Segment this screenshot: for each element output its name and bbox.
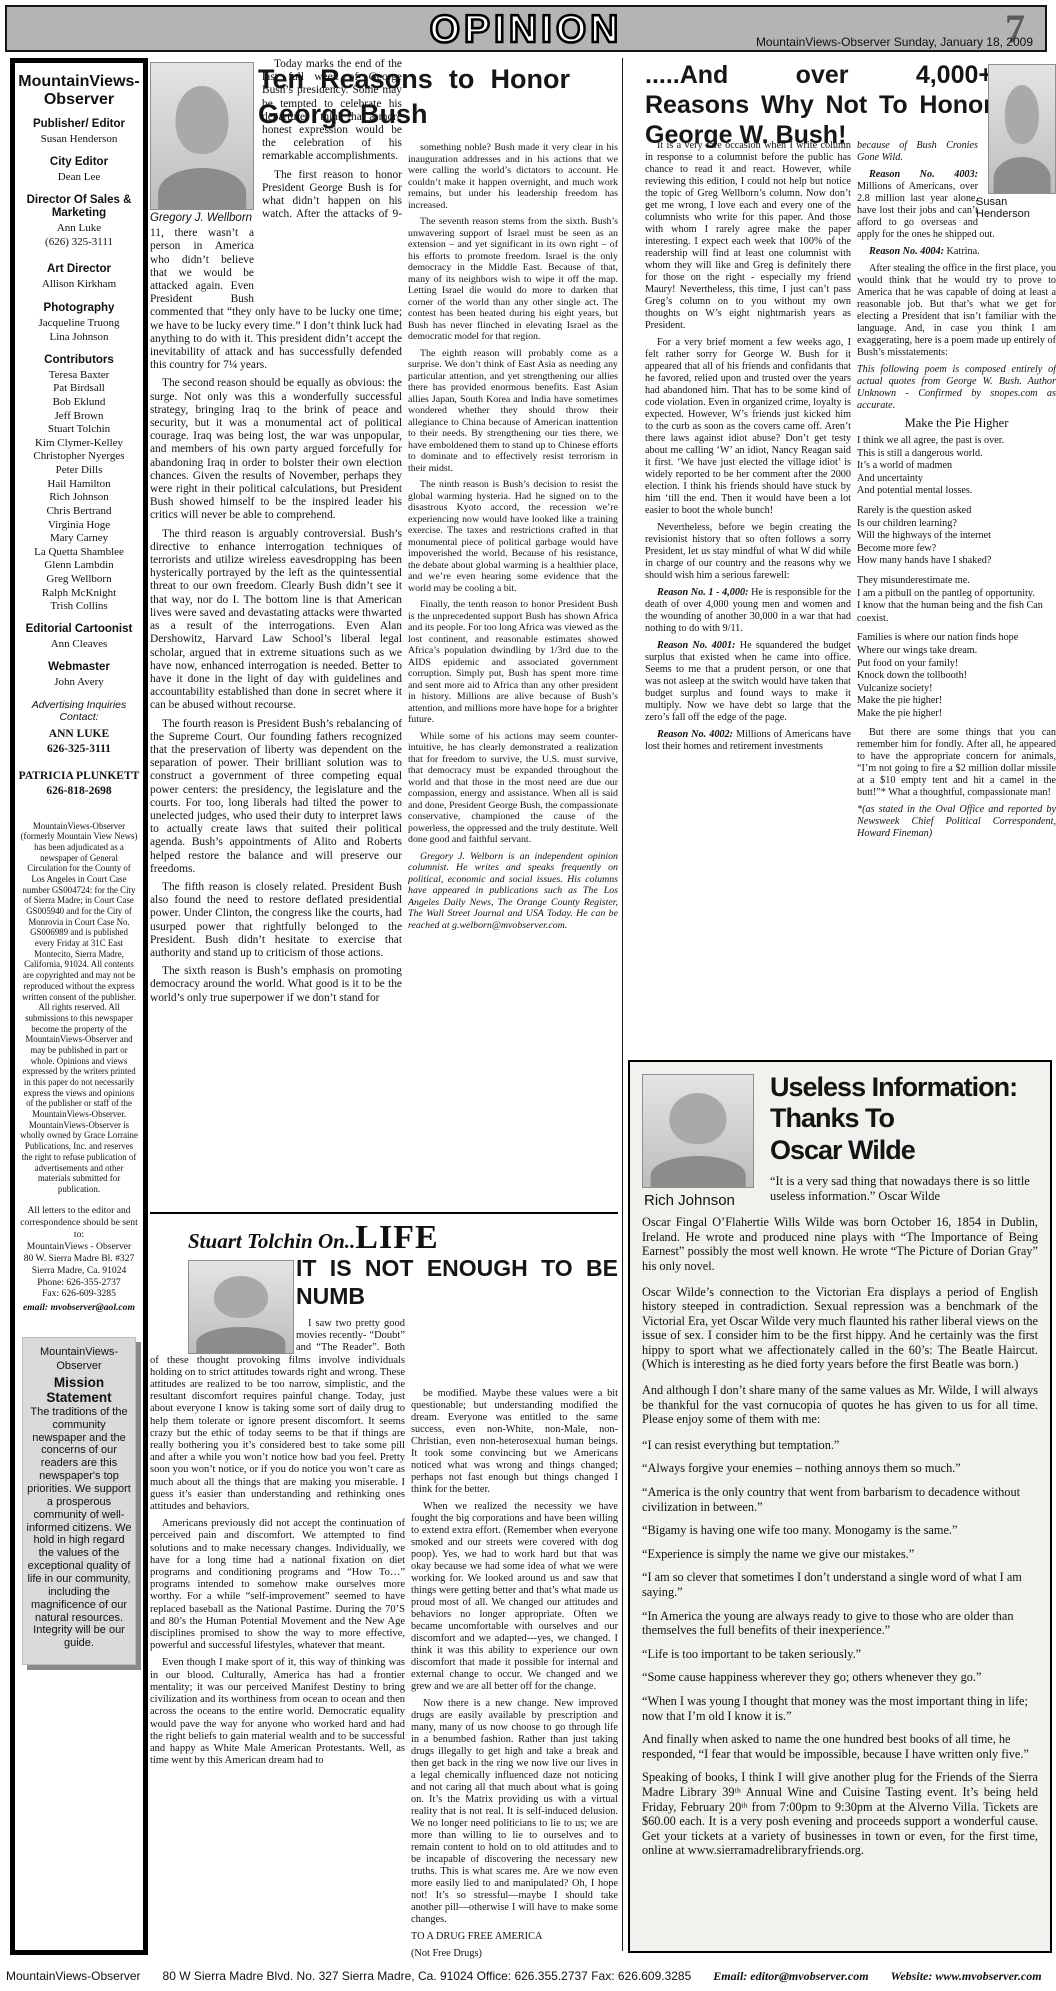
4000-reasons-headline: .....And over 4,000+Reasons Why Not To H…	[645, 60, 993, 150]
poem-line: I know that the human being and the fish…	[857, 600, 1056, 625]
poem-line: Will the highways of the internet	[857, 530, 1056, 543]
contributor-name: Trish Collins	[18, 600, 140, 614]
contributor-name: La Quetta Shamblee	[18, 546, 140, 560]
gregory-wellborn-photo	[150, 62, 254, 210]
staff-name: Ann Cleaves	[18, 638, 140, 652]
contributor-name: Rich Johnson	[18, 491, 140, 505]
poem-line: I am a pitbull on the pantleg of opportu…	[857, 588, 1056, 601]
article-paragraph: The sixth reason is Bush’s emphasis on p…	[150, 965, 402, 1005]
contributor-name: Greg Wellborn	[18, 573, 140, 587]
poem-line: Put food on your family!	[857, 658, 1056, 671]
mission-statement-box: MountainViews-Observer Mission Statement…	[22, 1337, 136, 1665]
staff-name: Susan Henderson	[18, 133, 140, 147]
wellborn-photo-block: Gregory J. Wellborn	[150, 62, 256, 225]
article-paragraph: The ninth reason is Bush’s decision to r…	[408, 479, 618, 594]
bush-quotes-poem: I think we all agree, the past is over.T…	[857, 435, 1056, 720]
article-paragraph: Now there is a new change. New improved …	[411, 1698, 618, 1926]
sidebar-section-publisher: Publisher/ Editor Susan Henderson	[18, 118, 140, 147]
staff-name: Lina Johnson	[18, 331, 140, 345]
wilde-quote: And finally when asked to name the one h…	[642, 1732, 1038, 1761]
article-paragraph: But there are some things that you can r…	[857, 727, 1056, 799]
staff-name: Ann Luke	[18, 222, 140, 236]
headline-line: .....And over 4,000+	[645, 60, 993, 90]
article-paragraph: Even though I make sport of it, this way…	[150, 1657, 405, 1767]
poem-line: Is our children learning?	[857, 518, 1056, 531]
column-divider-rule	[622, 58, 623, 1951]
poem-line	[857, 625, 1056, 632]
poem-line: This is still a dangerous world.	[857, 448, 1056, 461]
article-paragraph: The eighth reason will probably come as …	[408, 348, 618, 475]
article-paragraph: For a very brief moment a few weeks ago,…	[645, 337, 851, 517]
staff-sidebar: MountainViews-Observer Publisher/ Editor…	[10, 58, 148, 1955]
newspaper-opinion-page: OPINION 7 MountainViews-Observer Sunday,…	[0, 0, 1056, 1991]
contributor-name: Jeff Brown	[18, 410, 140, 424]
4000-reasons-column-right: because of Bush Cronies Gone Wild.Reason…	[857, 140, 1056, 1060]
wilde-quote: “America is the only country that went f…	[642, 1485, 1038, 1514]
wilde-quote: “Experience is simply the name we give o…	[642, 1547, 1038, 1562]
contributor-name: Stuart Tolchin	[18, 423, 140, 437]
section-heading: Editorial Cartoonist	[18, 623, 140, 636]
article-paragraph: Gregory J. Welborn is an independent opi…	[408, 851, 618, 932]
article-ten-reasons: Ten Reasons to HonorGeorge Bush Gregory …	[150, 58, 618, 1210]
poem-line: And potential mental losses.	[857, 485, 1056, 498]
kicker-author: Stuart Tolchin On..	[188, 1229, 355, 1253]
wilde-closing: Speaking of books, I think I will give a…	[642, 1770, 1038, 1858]
poem-line: Knock down the tollbooth!	[857, 670, 1056, 683]
4000-reasons-column-left: It is a very rare occasion when I write …	[645, 140, 851, 1060]
staff-name: Dean Lee	[18, 171, 140, 185]
section-heading: Publisher/ Editor	[18, 118, 140, 131]
staff-name: Allison Kirkham	[18, 278, 140, 292]
headline-line: Reasons Why Not To Honor	[645, 90, 993, 120]
wilde-quote: “In America the young are always ready t…	[642, 1609, 1038, 1638]
contributor-name: Kim Clymer-Kelley	[18, 437, 140, 451]
wilde-quotes-list: “I can resist everything but temptation.…	[642, 1438, 1038, 1762]
tolchin-column-right: be modified. Maybe these values were a b…	[411, 1258, 618, 1959]
article-paragraph: Reason No. 4001: He squandered the budge…	[645, 640, 851, 724]
article-tolchin-life: Stuart Tolchin On..LIFE IT IS NOT ENOUGH…	[150, 1212, 618, 1959]
headline-wrap-spacer	[296, 1258, 405, 1318]
poem-line: How many hands have I shaked?	[857, 555, 1056, 568]
sidebar-section-contributors: Contributors Teresa BaxterPat BirdsallBo…	[18, 354, 140, 614]
advertising-contact: 626-818-2698	[18, 784, 140, 799]
contributor-name: Peter Dills	[18, 464, 140, 478]
footer-website: Website: www.mvobserver.com	[891, 1969, 1042, 1984]
article-paragraph: While some of his actions may seem count…	[408, 731, 618, 846]
poem-line: And uncertainty	[857, 473, 1056, 486]
footer-address: 80 W Sierra Madre Blvd. No. 327 Sierra M…	[163, 1969, 692, 1983]
wilde-quote: “Always forgive your enemies – nothing a…	[642, 1461, 1038, 1476]
advertising-label: Advertising Inquiries Contact:	[18, 699, 140, 723]
section-heading: Webmaster	[18, 661, 140, 674]
masthead-bar: OPINION 7 MountainViews-Observer Sunday,…	[5, 5, 1047, 52]
article-paragraph: TO A DRUG FREE AMERICA	[411, 1931, 618, 1943]
wilde-quote: “When I was young I thought that money w…	[642, 1694, 1038, 1723]
page-footer: MountainViews-Observer 80 W Sierra Madre…	[6, 1969, 1050, 1987]
letters-info: All letters to the editor and correspond…	[18, 1205, 140, 1301]
photo-wrap-spacer	[978, 140, 1056, 220]
section-heading: Contributors	[18, 354, 140, 367]
article-paragraph: This following poem is composed entirely…	[857, 364, 1056, 412]
staff-name: (626) 325-3111	[18, 236, 140, 250]
article-4000-reasons: .....And over 4,000+Reasons Why Not To H…	[645, 58, 1056, 1062]
article-paragraph: When we realized the necessity we have f…	[411, 1501, 618, 1693]
contributor-name: Ralph McKnight	[18, 587, 140, 601]
advertising-contacts: ANN LUKE626-325-3111PATRICIA PLUNKETT626…	[18, 727, 140, 799]
poem-line: Make the pie higher!	[857, 695, 1056, 708]
article-paragraph: Reason No. 4002: Millions of Americans h…	[645, 729, 851, 753]
section-heading: Art Director	[18, 263, 140, 276]
article-paragraph: The seventh reason stems from the sixth.…	[408, 216, 618, 343]
headline-spacer	[254, 227, 402, 299]
article-useless-information: Rich Johnson Useless Information:Thanks …	[628, 1060, 1052, 1953]
article-paragraph: Oscar Fingal O’Flahertie Wills Wilde was…	[642, 1215, 1038, 1273]
poem-line: It’s a world of madmen	[857, 460, 1056, 473]
mission-body: The traditions of the community newspape…	[26, 1406, 132, 1650]
sidebar-section-cartoonist: Editorial Cartoonist Ann Cleaves	[18, 623, 140, 652]
contributor-name: Teresa Baxter	[18, 369, 140, 383]
article-paragraph: Americans previously did not accept the …	[150, 1518, 405, 1652]
wilde-bio: Oscar Fingal O’Flahertie Wills Wilde was…	[642, 1215, 1038, 1427]
photo-caption: Gregory J. Wellborn	[150, 212, 256, 225]
article-paragraph: *(as stated in the Oval Office and repor…	[857, 804, 1056, 840]
ten-reasons-column-right: something noble? Bush made it very clear…	[408, 58, 618, 1208]
contributor-name: Christopher Nyerges	[18, 450, 140, 464]
photo-caption: Rich Johnson	[644, 1192, 762, 1209]
footer-paper-name: MountainViews-Observer	[6, 1969, 141, 1983]
article-paragraph: Nevertheless, before we begin creating t…	[645, 522, 851, 582]
dateline: MountainViews-Observer Sunday, January 1…	[756, 35, 1033, 49]
article-paragraph: The second reason should be equally as o…	[150, 377, 402, 522]
tolchin-column-left: I saw two pretty good movies recently- “…	[150, 1258, 405, 1958]
article-paragraph: The fourth reason is President Bush’s re…	[150, 718, 402, 876]
article-paragraph: The third reason is arguably controversi…	[150, 528, 402, 713]
article-paragraph: something noble? Bush made it very clear…	[408, 142, 618, 211]
photo-wrap-spacer	[150, 1258, 296, 1354]
poem-line: Families is where our nation finds hope	[857, 632, 1056, 645]
wilde-quote: “Bigamy is having one wife too many. Mon…	[642, 1523, 1038, 1538]
advertising-contact: ANN LUKE	[18, 727, 140, 742]
article-paragraph: And although I don’t share many of the s…	[642, 1383, 1038, 1427]
legal-notice: MountainViews-Observer (formerly Mountai…	[20, 821, 138, 1195]
article-paragraph: The fifth reason is closely related. Pre…	[150, 881, 402, 960]
contributor-name: Bob Eklund	[18, 396, 140, 410]
kicker-life: LIFE	[355, 1219, 438, 1256]
poem-line: Vulcanize society!	[857, 683, 1056, 696]
contributor-name: Glenn Lambdin	[18, 559, 140, 573]
wilde-quote: “Life is too important to be taken serio…	[642, 1647, 1038, 1662]
mission-paper-name: MountainViews-Observer	[26, 1346, 132, 1372]
letters-email: email: mvobserver@aol.com	[18, 1302, 140, 1313]
article-paragraph: Finally, the tenth reason to honor Presi…	[408, 599, 618, 726]
ten-reasons-column-left: Gregory J. Wellborn Today marks the end …	[150, 58, 402, 1208]
contributor-name: Virginia Hoge	[18, 519, 140, 533]
poem-line	[857, 498, 1056, 505]
johnson-photo-block: Rich Johnson	[642, 1074, 762, 1209]
footer-email: Email: editor@mvobserver.com	[713, 1969, 868, 1984]
article-paragraph: be modified. Maybe these values were a b…	[411, 1388, 618, 1496]
advertising-contact: PATRICIA PLUNKETT	[18, 769, 140, 784]
section-heading: Director Of Sales & Marketing	[18, 194, 140, 220]
sidebar-section-webmaster: Webmaster John Avery	[18, 661, 140, 690]
staff-name: John Avery	[18, 676, 140, 690]
article-paragraph: Reason No. 4004: Katrina.	[857, 246, 1056, 258]
wilde-quote: “I am so clever that sometimes I don’t u…	[642, 1570, 1038, 1599]
sidebar-section-art-director: Art Director Allison Kirkham	[18, 263, 140, 292]
poem-line: I think we all agree, the past is over.	[857, 435, 1056, 448]
advertising-contact: 626-325-3111	[18, 742, 140, 757]
contributor-name: Pat Birdsall	[18, 382, 140, 396]
poem-line: Where our wings take dream.	[857, 645, 1056, 658]
sidebar-section-city-editor: City Editor Dean Lee	[18, 156, 140, 185]
contributor-name: Chris Bertrand	[18, 505, 140, 519]
contributor-name: Mary Carney	[18, 532, 140, 546]
poem-line: They misunderestimate me.	[857, 575, 1056, 588]
section-heading: City Editor	[18, 156, 140, 169]
rich-johnson-photo	[642, 1074, 754, 1188]
tolchin-kicker: Stuart Tolchin On..LIFE	[188, 1219, 618, 1257]
sidebar-section-photography: Photography Jacqueline TruongLina Johnso…	[18, 302, 140, 344]
article-paragraph: After stealing the office in the first p…	[857, 263, 1056, 359]
poem-line: Rarely is the question asked	[857, 505, 1056, 518]
sidebar-title: MountainViews-Observer	[18, 73, 140, 109]
staff-name: Jacqueline Truong	[18, 317, 140, 331]
article-paragraph: It is a very rare occasion when I write …	[645, 140, 851, 332]
article-paragraph: Reason No. 1 - 4,000: He is responsible …	[645, 587, 851, 635]
section-heading: Photography	[18, 302, 140, 315]
poem-line	[857, 568, 1056, 575]
wilde-quote: “I can resist everything but temptation.…	[642, 1438, 1038, 1453]
mission-title: Mission Statement	[26, 1375, 132, 1405]
sidebar-section-sales: Director Of Sales & Marketing Ann Luke(6…	[18, 194, 140, 250]
wilde-quote: “Some cause happiness wherever they go; …	[642, 1670, 1038, 1685]
poem-line: Become more few?	[857, 543, 1056, 556]
contributor-name: Hail Hamilton	[18, 478, 140, 492]
article-paragraph: (Not Free Drugs)	[411, 1948, 618, 1959]
article-paragraph: Oscar Wilde’s connection to the Victoria…	[642, 1285, 1038, 1373]
poem-line: Make the pie higher!	[857, 708, 1056, 721]
poem-title: Make the Pie Higher	[857, 417, 1056, 429]
